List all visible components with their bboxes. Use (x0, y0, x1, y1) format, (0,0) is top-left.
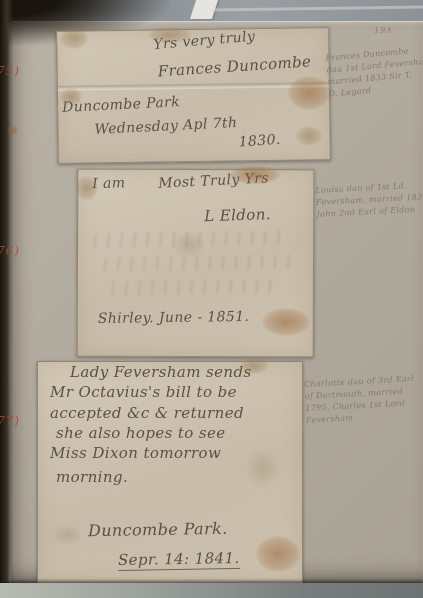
note3-line2: Mr Octavius's bill to be (50, 383, 237, 401)
red-margin-number-2: 76) (0, 244, 20, 258)
ink-bleed-through (100, 255, 290, 272)
margin-annotation-1: Frances Duncombe dau 1st Lord Feversham … (325, 44, 423, 101)
note2-dateline: Shirley. June - 1851. (98, 309, 250, 327)
page-stack-bottom-edge (0, 583, 423, 598)
note2-signature: L Eldon. (204, 205, 271, 225)
red-margin-number-3: 77) (0, 414, 20, 428)
margin-annotation-2: Louisa dau of 1st Ld. Feversham, married… (315, 179, 423, 221)
ink-bleed-through (90, 231, 290, 248)
note1-signature: Frances Duncombe (157, 52, 312, 80)
note3-date-line: Sepr. 14: 1841. (118, 549, 240, 571)
pasted-note-3: Lady Feversham sends Mr Octavius's bill … (37, 361, 303, 584)
note1-closing-line: Yrs very truly (153, 29, 256, 53)
note3-line3: accepted &c & returned (50, 404, 244, 422)
note3-line6: morning. (56, 468, 128, 486)
ink-bleed-through (108, 279, 278, 295)
note1-date-line: Wednesday Apl 7th (94, 115, 238, 138)
scanned-album-page: { "meta": { "folio_label": "19A" }, "mar… (0, 0, 423, 598)
pasted-note-2: I am Most Truly Yrs L Eldon. Shirley. Ju… (77, 169, 315, 358)
note3-line1: Lady Feversham sends (70, 363, 252, 381)
folio-number: 19A (374, 26, 393, 35)
note2-opening: I am (92, 175, 126, 192)
binding-gutter (0, 0, 13, 598)
note3-line4: she also hopes to see (56, 424, 226, 442)
note3-line5: Miss Dixon tomorrow (50, 444, 221, 462)
red-margin-number-1: 75) (0, 64, 20, 78)
note2-closing-line: Most Truly Yrs (158, 170, 269, 191)
margin-annotation-3: Charlotte dau of 3rd Earl of Dartmouth, … (304, 373, 416, 427)
pasted-note-1: Yrs very truly Frances Duncombe Duncombe… (56, 27, 331, 164)
note1-place-line: Duncombe Park (62, 94, 181, 116)
note1-year-line: 1830. (238, 132, 281, 151)
fold-seam (58, 82, 329, 91)
note3-place-line: Duncombe Park. (88, 519, 228, 540)
